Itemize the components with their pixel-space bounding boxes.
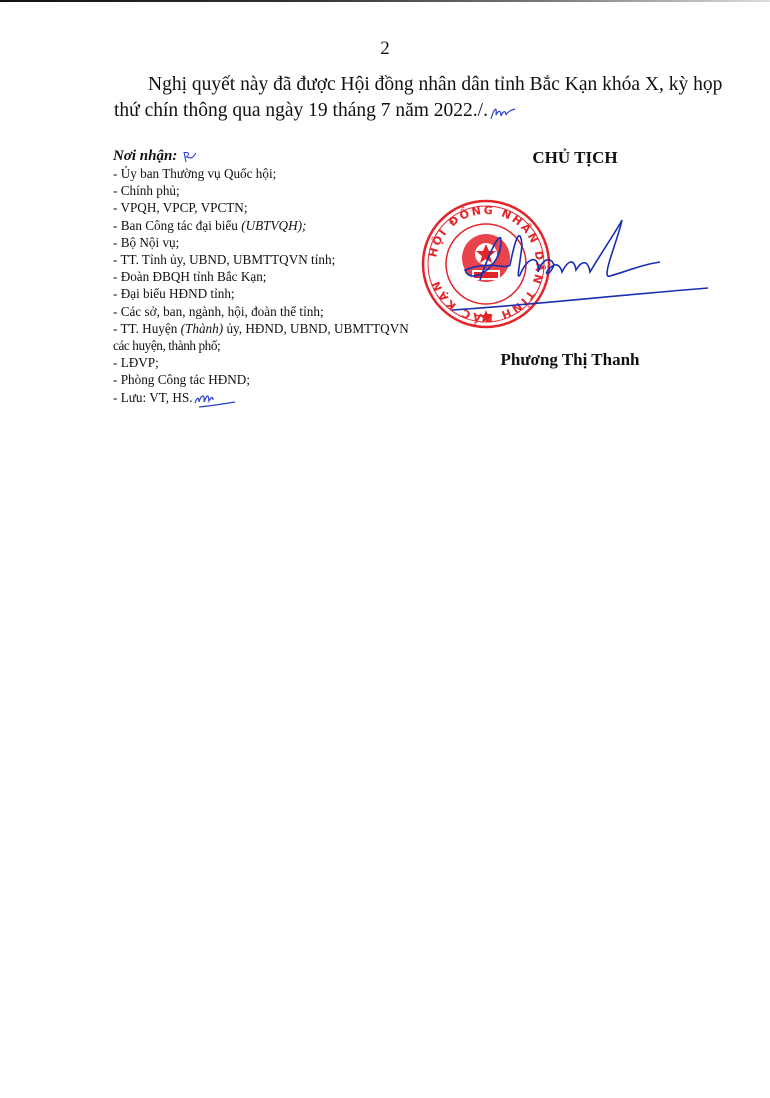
recipient-item-continuation: các huyện, thành phố;	[113, 337, 453, 354]
paragraph-line-1: Nghị quyết này đã được Hội đồng nhân dân…	[114, 72, 726, 98]
paragraph-line-2: thứ chín thông qua ngày 19 tháng 7 năm 2…	[114, 98, 726, 124]
recipient-item: - Ban Công tác đại biểu (UBTVQH);	[113, 217, 453, 234]
recipients-heading: Nơi nhận:	[113, 147, 453, 165]
paragraph-line-2-text: thứ chín thông qua ngày 19 tháng 7 năm 2…	[114, 100, 488, 121]
recipient-item-italic: (Thành)	[181, 321, 224, 336]
recipient-item-text: - TT. Huyện	[113, 321, 177, 336]
recipient-item: - Lưu: VT, HS.	[113, 389, 453, 409]
page-top-edge	[0, 0, 770, 2]
recipient-item: - Phòng Công tác HĐND;	[113, 371, 453, 388]
recipient-item: - TT. Huyện (Thành) ủy, HĐND, UBND, UBMT…	[113, 320, 453, 337]
recipient-item: - Bộ Nội vụ;	[113, 234, 453, 251]
recipients-heading-text: Nơi nhận:	[113, 148, 177, 164]
signatory-title: CHỦ TỊCH	[500, 148, 650, 168]
handwritten-initial-icon	[193, 389, 237, 409]
recipient-item-text: ủy, HĐND, UBND, UBMTTQVN	[226, 321, 408, 336]
recipient-item: - Đại biểu HĐND tỉnh;	[113, 285, 453, 302]
recipient-item: - Ủy ban Thường vụ Quốc hội;	[113, 165, 453, 182]
recipient-item: - Đoàn ĐBQH tỉnh Bắc Kạn;	[113, 268, 453, 285]
resolution-paragraph: Nghị quyết này đã được Hội đồng nhân dân…	[114, 72, 726, 124]
page-number: 2	[0, 38, 770, 60]
recipient-item-text: - Lưu: VT, HS.	[113, 390, 193, 405]
recipient-item: - LĐVP;	[113, 354, 453, 371]
handwritten-signature-icon	[450, 210, 710, 320]
signer-name: Phương Thị Thanh	[470, 350, 670, 370]
recipients-list: Nơi nhận: - Ủy ban Thường vụ Quốc hội; -…	[113, 147, 453, 409]
recipient-item: - VPQH, VPCP, VPCTN;	[113, 199, 453, 216]
recipient-item: - Các sở, ban, ngành, hội, đoàn thể tỉnh…	[113, 303, 453, 320]
recipient-item-italic: (UBTVQH);	[241, 218, 306, 233]
handwritten-mark-icon	[181, 149, 199, 165]
recipient-item: - TT. Tỉnh ủy, UBND, UBMTTQVN tỉnh;	[113, 251, 453, 268]
recipient-item-text: - Ban Công tác đại biểu	[113, 218, 238, 233]
recipient-item: - Chính phủ;	[113, 182, 453, 199]
handwritten-initial-icon	[488, 101, 518, 123]
